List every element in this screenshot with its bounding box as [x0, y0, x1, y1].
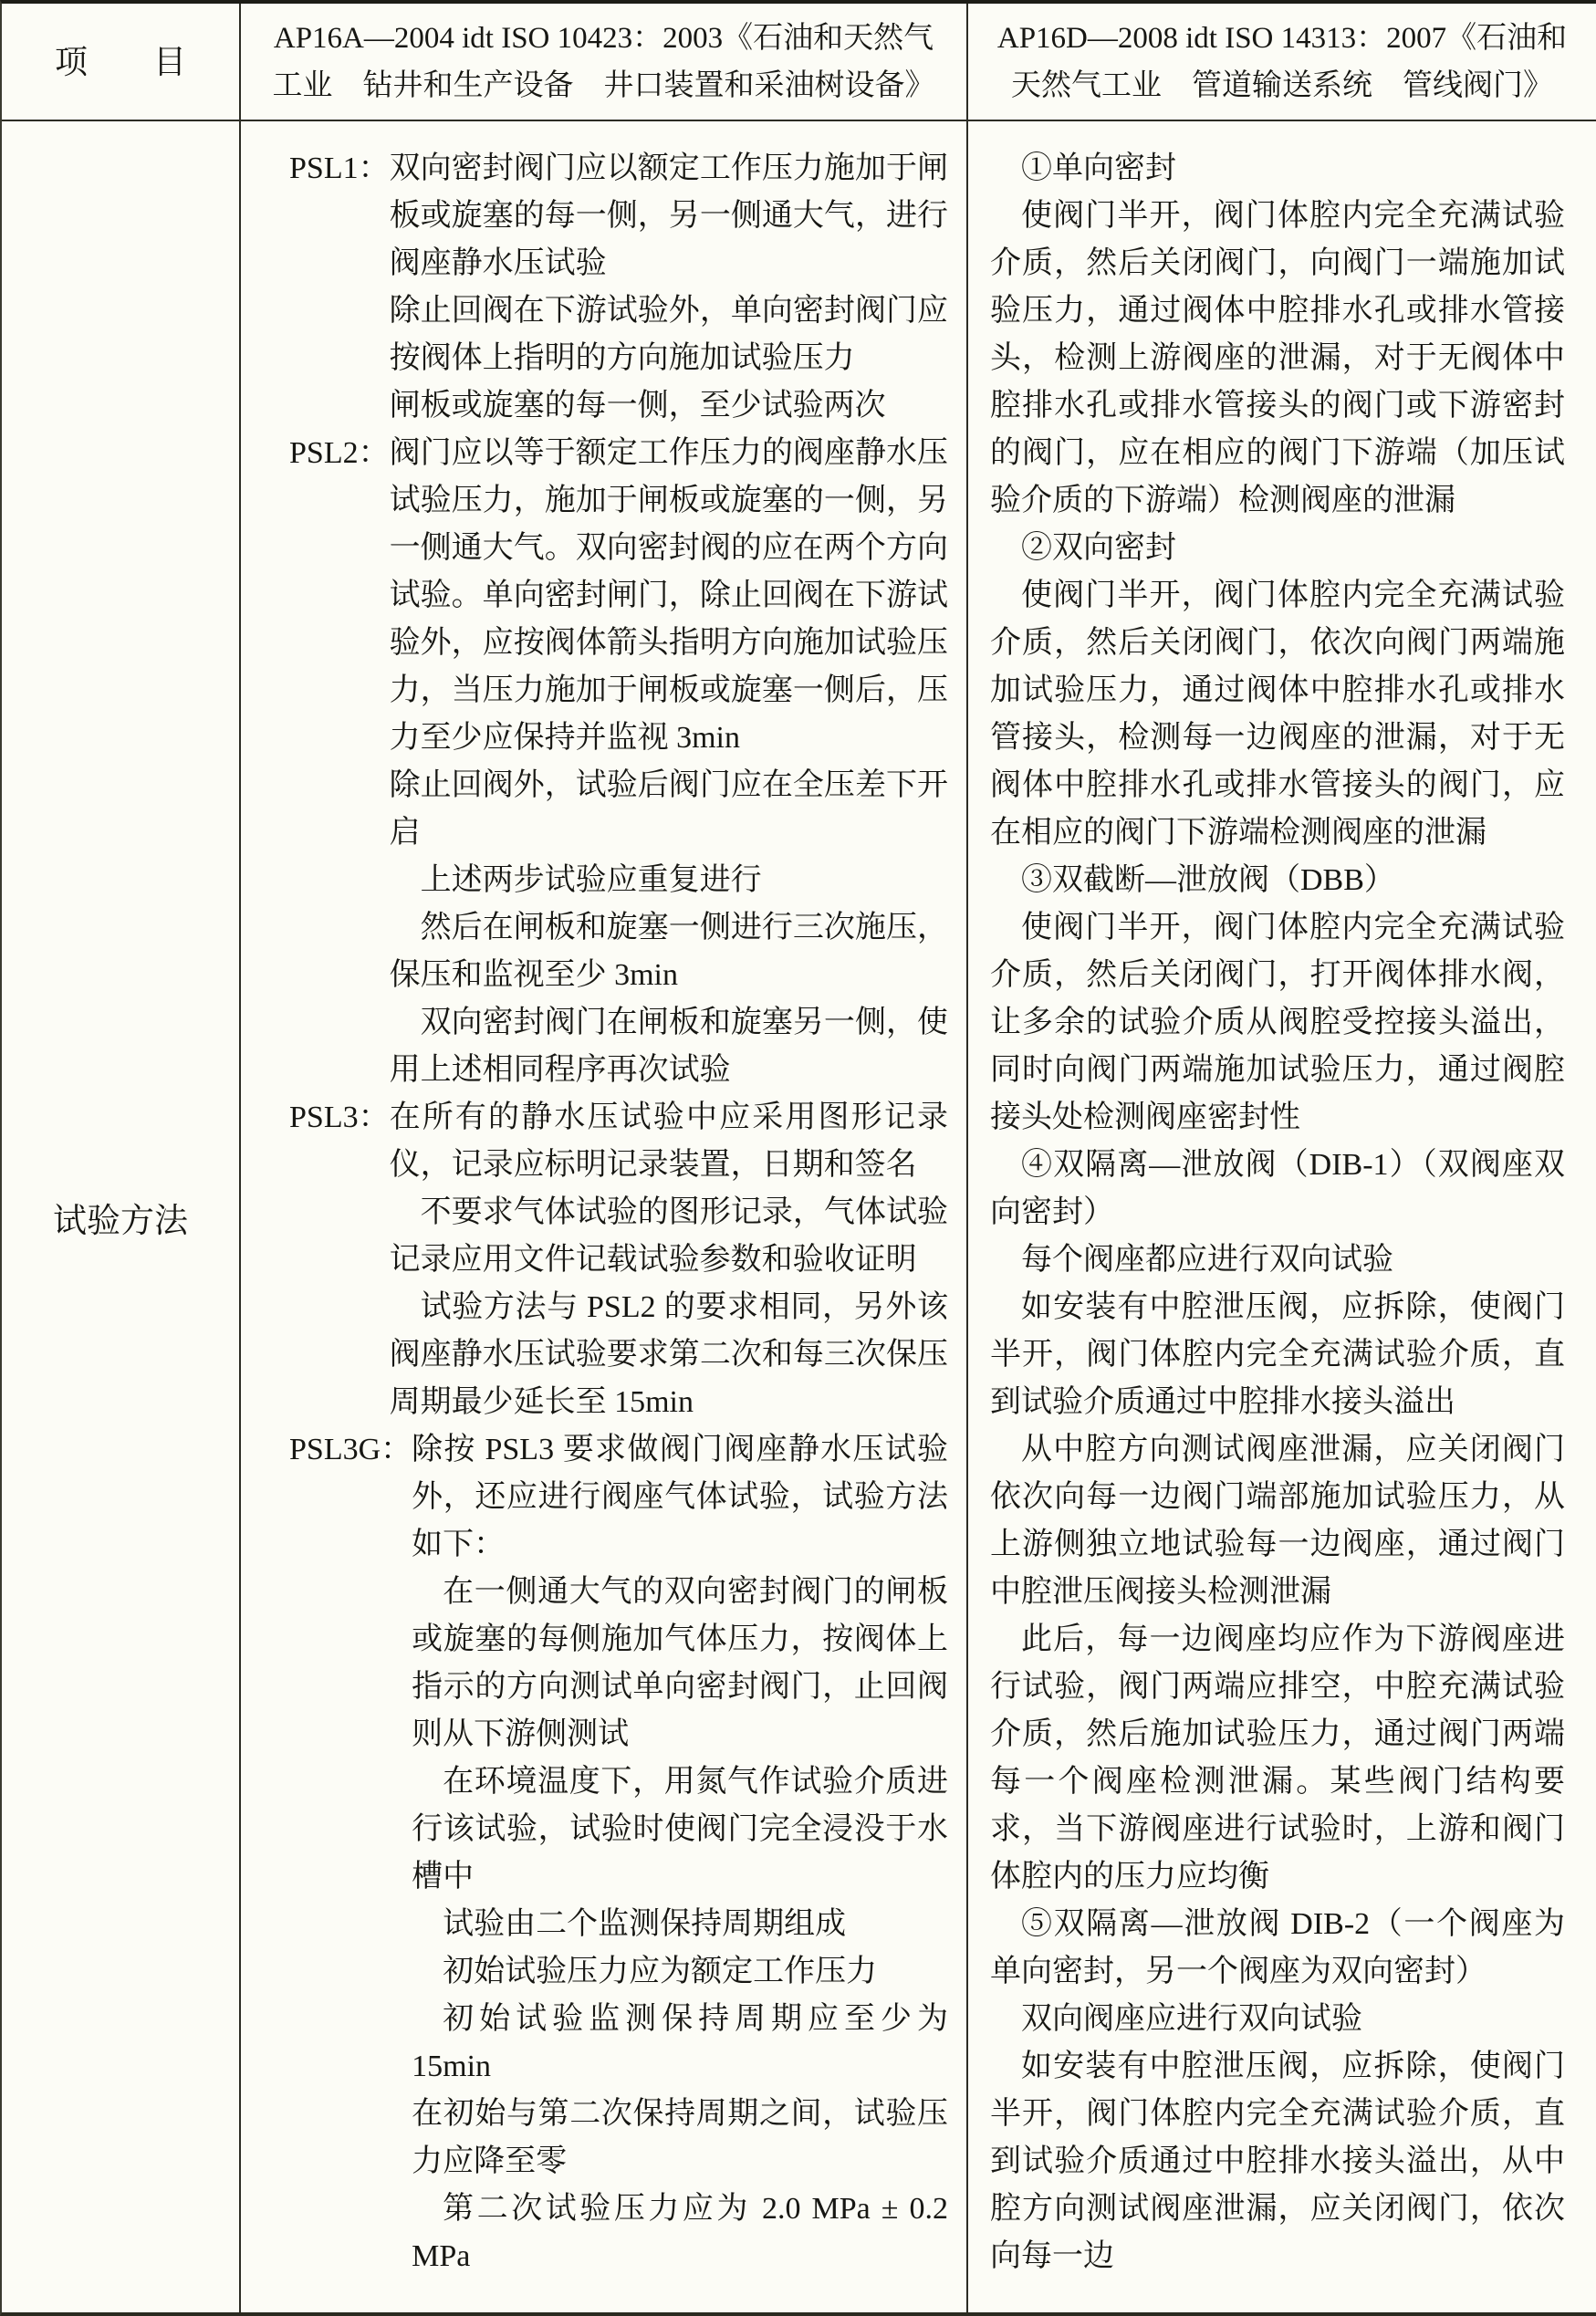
paragraph: 使阀门半开，阀门体腔内完全充满试验介质，然后关闭阀门，向阀门一端施加试验压力，通… — [990, 193, 1565, 525]
paragraph: 然后在闸板和旋塞一侧进行三次施压，保压和监视至少 3min — [390, 904, 948, 999]
psl-item: PSL3G：除按 PSL3 要求做阀门阀座静水压试验外，还应进行阀座气体试验，试… — [289, 1426, 948, 2280]
paragraph: 除止回阀在下游试验外，单向密封阀门应按阀体上指明的方向施加试验压力 — [390, 287, 948, 382]
psl-label: PSL2： — [289, 430, 390, 477]
standards-comparison-table: 项 目 AP16A—2004 idt ISO 10423：2003《石油和天然气… — [0, 0, 1596, 2316]
paragraph: 试验由二个监测保持周期组成 — [412, 1901, 948, 1948]
psl-label: PSL1： — [289, 145, 390, 193]
psl-item: PSL2：阀门应以等于额定工作压力的阀座静水压试验压力，施加于闸板或旋塞的一侧，… — [289, 430, 948, 1094]
paragraph: 除按 PSL3 要求做阀门阀座静水压试验外，还应进行阀座气体试验，试验方法如下： — [412, 1426, 948, 1569]
psl-item: PSL1：双向密封阀门应以额定工作压力施加于闸板或旋塞的每一侧，另一侧通大气，进… — [289, 145, 948, 430]
paragraph: 闸板或旋塞的每一侧，至少试验两次 — [390, 382, 948, 430]
section-heading: ②双向密封 — [990, 525, 1565, 572]
psl-label: PSL3G： — [289, 1426, 412, 1474]
paragraph: 从中腔方向测试阀座泄漏，应关闭阀门依次向每一边阀门端部施加试验压力，从上游侧独立… — [990, 1426, 1565, 1616]
psl-body: 除按 PSL3 要求做阀门阀座静水压试验外，还应进行阀座气体试验，试验方法如下：… — [412, 1426, 948, 2280]
paragraph: 不要求气体试验的图形记录，气体试验记录应用文件记载试验参数和验收证明 — [390, 1189, 948, 1284]
paragraph: 第二次试验压力应为 2.0 MPa ± 0.2 MPa — [412, 2186, 948, 2280]
paragraph: 在环境温度下，用氮气作试验介质进行该试验，试验时使阀门完全浸没于水槽中 — [412, 1758, 948, 1901]
paragraph: 在初始与第二次保持周期之间，试验压力应降至零 — [412, 2091, 948, 2186]
paragraph: 除止回阀外，试验后阀门应在全压差下开启 — [390, 762, 948, 857]
paragraph: 阀门应以等于额定工作压力的阀座静水压试验压力，施加于闸板或旋塞的一侧，另一侧通大… — [390, 430, 948, 762]
paragraph: 双向密封阀门在闸板和旋塞另一侧，使用上述相同程序再次试验 — [390, 999, 948, 1094]
psl-body: 在所有的静水压试验中应采用图形记录仪，记录应标明记录装置，日期和签名不要求气体试… — [390, 1094, 948, 1426]
section-heading: ④双隔离—泄放阀（DIB-1）（双阀座双向密封） — [990, 1142, 1565, 1236]
paragraph: 在一侧通大气的双向密封阀门的闸板或旋塞的每侧施加气体压力，按阀体上指示的方向测试… — [412, 1569, 948, 1758]
paragraph: 初始试验压力应为额定工作压力 — [412, 1948, 948, 1996]
paragraph: 使阀门半开，阀门体腔内完全充满试验介质，然后关闭阀门，依次向阀门两端施加试验压力… — [990, 572, 1565, 857]
section-heading: ⑤双隔离—泄放阀 DIB-2（一个阀座为单向密封，另一个阀座为双向密封） — [990, 1901, 1565, 1996]
header-standard-ap16d: AP16D—2008 idt ISO 14313：2007《石油和 天然气工业 … — [968, 4, 1596, 121]
paragraph: 如安装有中腔泄压阀，应拆除，使阀门半开，阀门体腔内完全充满试验介质，直到试验介质… — [990, 2043, 1565, 2280]
paragraph: 在所有的静水压试验中应采用图形记录仪，记录应标明记录装置，日期和签名 — [390, 1094, 948, 1189]
paragraph: 如安装有中腔泄压阀，应拆除，使阀门半开，阀门体腔内完全充满试验介质，直到试验介质… — [990, 1284, 1565, 1426]
paragraph: 上述两步试验应重复进行 — [390, 857, 948, 904]
psl-item: PSL3：在所有的静水压试验中应采用图形记录仪，记录应标明记录装置，日期和签名不… — [289, 1094, 948, 1426]
psl-body: 阀门应以等于额定工作压力的阀座静水压试验压力，施加于闸板或旋塞的一侧，另一侧通大… — [390, 430, 948, 1094]
column-ap16d-content: ①单向密封使阀门半开，阀门体腔内完全充满试验介质，然后关闭阀门，向阀门一端施加试… — [968, 121, 1596, 2312]
paragraph: 此后，每一边阀座均应作为下游阀座进行试验，阀门两端应排空，中腔充满试验介质，然后… — [990, 1616, 1565, 1901]
header-standard-ap16a: AP16A—2004 idt ISO 10423：2003《石油和天然气 工业 … — [241, 4, 968, 121]
row-label-test-method: 试验方法 — [2, 121, 241, 2312]
paragraph: 初始试验监测保持周期应至少为 15min — [412, 1996, 948, 2091]
column-ap16a-content: PSL1：双向密封阀门应以额定工作压力施加于闸板或旋塞的每一侧，另一侧通大气，进… — [241, 121, 968, 2312]
section-heading: ③双截断—泄放阀（DBB） — [990, 857, 1565, 904]
header-item-column: 项 目 — [2, 4, 241, 121]
paragraph: 使阀门半开，阀门体腔内完全充满试验介质，然后关闭阀门，打开阀体排水阀，让多余的试… — [990, 904, 1565, 1142]
paragraph: 试验方法与 PSL2 的要求相同，另外该阀座静水压试验要求第二次和每三次保压周期… — [390, 1284, 948, 1426]
paragraph: 每个阀座都应进行双向试验 — [990, 1236, 1565, 1284]
paragraph: 双向密封阀门应以额定工作压力施加于闸板或旋塞的每一侧，另一侧通大气，进行阀座静水… — [390, 145, 948, 287]
section-heading: ①单向密封 — [990, 145, 1565, 193]
paragraph: 双向阀座应进行双向试验 — [990, 1996, 1565, 2043]
psl-label: PSL3： — [289, 1094, 390, 1142]
psl-body: 双向密封阀门应以额定工作压力施加于闸板或旋塞的每一侧，另一侧通大气，进行阀座静水… — [390, 145, 948, 430]
